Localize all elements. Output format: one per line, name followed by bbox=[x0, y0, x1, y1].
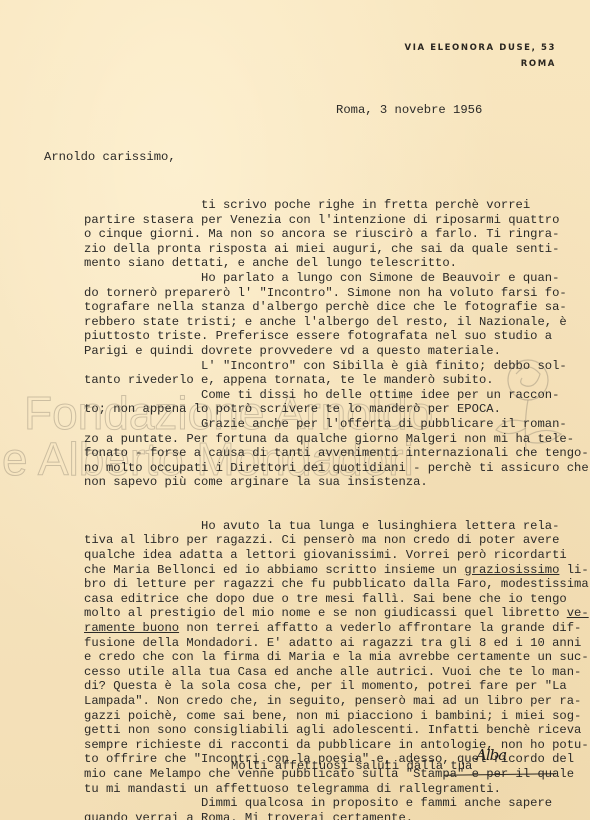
body-line: ramente buono non terrei affatto a veder… bbox=[84, 621, 589, 636]
body-line bbox=[84, 490, 589, 519]
body-line: fusione della Mondadori. E' adatto ai ra… bbox=[84, 636, 589, 651]
body-line: non sapevo più come arginare la sua insi… bbox=[84, 475, 589, 490]
body-line: che Maria Bellonci ed io abbiamo scritto… bbox=[84, 563, 589, 578]
closing: Molti affettuosi saluti dalla tua bbox=[231, 759, 472, 773]
body-line: no molto occupati i Direttori dei quotid… bbox=[84, 461, 589, 476]
body-line: cesso utile alla tua Casa ed anche alle … bbox=[84, 665, 589, 680]
body-line: zo a puntate. Per fortuna da qualche gio… bbox=[84, 432, 589, 447]
body-line: partire stasera per Venezia con l'intenz… bbox=[84, 213, 589, 228]
body-line: rebbero state tristi; e anche l'albergo … bbox=[84, 315, 589, 330]
letter-date: Roma, 3 novebre 1956 bbox=[336, 103, 482, 117]
body-line: tanto rivederlo e, appena tornata, te le… bbox=[84, 373, 589, 388]
body-line: tu mi mandasti un affettuoso telegramma … bbox=[84, 782, 589, 797]
body-line: piuttosto triste. Preferisce essere foto… bbox=[84, 329, 589, 344]
letter-body: ti scrivo poche righe in fretta perchè v… bbox=[84, 198, 589, 820]
body-line: Ho parlato a lungo con Simone de Beauvoi… bbox=[84, 271, 589, 286]
body-line: ti scrivo poche righe in fretta perchè v… bbox=[84, 198, 589, 213]
handwritten-signature: Alba bbox=[476, 746, 506, 764]
body-line: do tornerò preparerò l' "Incontro". Simo… bbox=[84, 286, 589, 301]
body-line: e credo che con la firma di Maria e la m… bbox=[84, 650, 589, 665]
letterhead: VIA ELEONORA DUSE, 53 ROMA bbox=[405, 40, 556, 72]
body-line: casa editrice che dopo due o tre mesi fa… bbox=[84, 592, 589, 607]
body-line: di? Questa è la sola cosa che, per il mo… bbox=[84, 679, 589, 694]
body-line: to; non appena lo potrò scrivere te lo m… bbox=[84, 402, 589, 417]
body-line: tografare nella stanza d'albergo perchè … bbox=[84, 300, 589, 315]
body-line: qualche idea adatta a lettori giovanissi… bbox=[84, 548, 589, 563]
body-line: gazzi poichè, come sai bene, non mi piac… bbox=[84, 709, 589, 724]
body-line: fonato - forse a causa di tanti avvenime… bbox=[84, 446, 589, 461]
body-line: zio della pronta risposta ai miei auguri… bbox=[84, 242, 589, 257]
body-line: molto al prestigio del mio nome e se non… bbox=[84, 606, 589, 621]
body-line: mento siano dettati, e anche del lungo t… bbox=[84, 256, 589, 271]
body-line: Grazie anche per l'offerta di pubblicare… bbox=[84, 417, 589, 432]
body-line: Come ti dissi ho delle ottime idee per u… bbox=[84, 388, 589, 403]
body-line: Parigi e quindi dovrete provvedere vd a … bbox=[84, 344, 589, 359]
body-line: Ho avuto la tua lunga e lusinghiera lett… bbox=[84, 519, 589, 534]
body-line: o cinque giorni. Ma non so ancora se riu… bbox=[84, 227, 589, 242]
body-line: tiva al libro per ragazzi. Ci penserò ma… bbox=[84, 533, 589, 548]
body-line: quando verrai a Roma. Mi troverai certam… bbox=[84, 811, 589, 820]
body-line: L' "Incontro" con Sibilla è già finito; … bbox=[84, 359, 589, 374]
body-line: sempre richieste di racconti da pubblica… bbox=[84, 738, 589, 753]
letterhead-address: VIA ELEONORA DUSE, 53 bbox=[405, 40, 556, 56]
body-line: Dimmi qualcosa in proposito e fammi anch… bbox=[84, 796, 589, 811]
body-line: bro di letture per ragazzi che fu pubbli… bbox=[84, 577, 589, 592]
salutation: Arnoldo carissimo, bbox=[44, 150, 176, 164]
letterhead-city: ROMA bbox=[405, 56, 556, 72]
body-line: getti non sono consigliabili agli adoles… bbox=[84, 723, 589, 738]
body-line: Lampada". Non credo che, in seguito, pen… bbox=[84, 694, 589, 709]
